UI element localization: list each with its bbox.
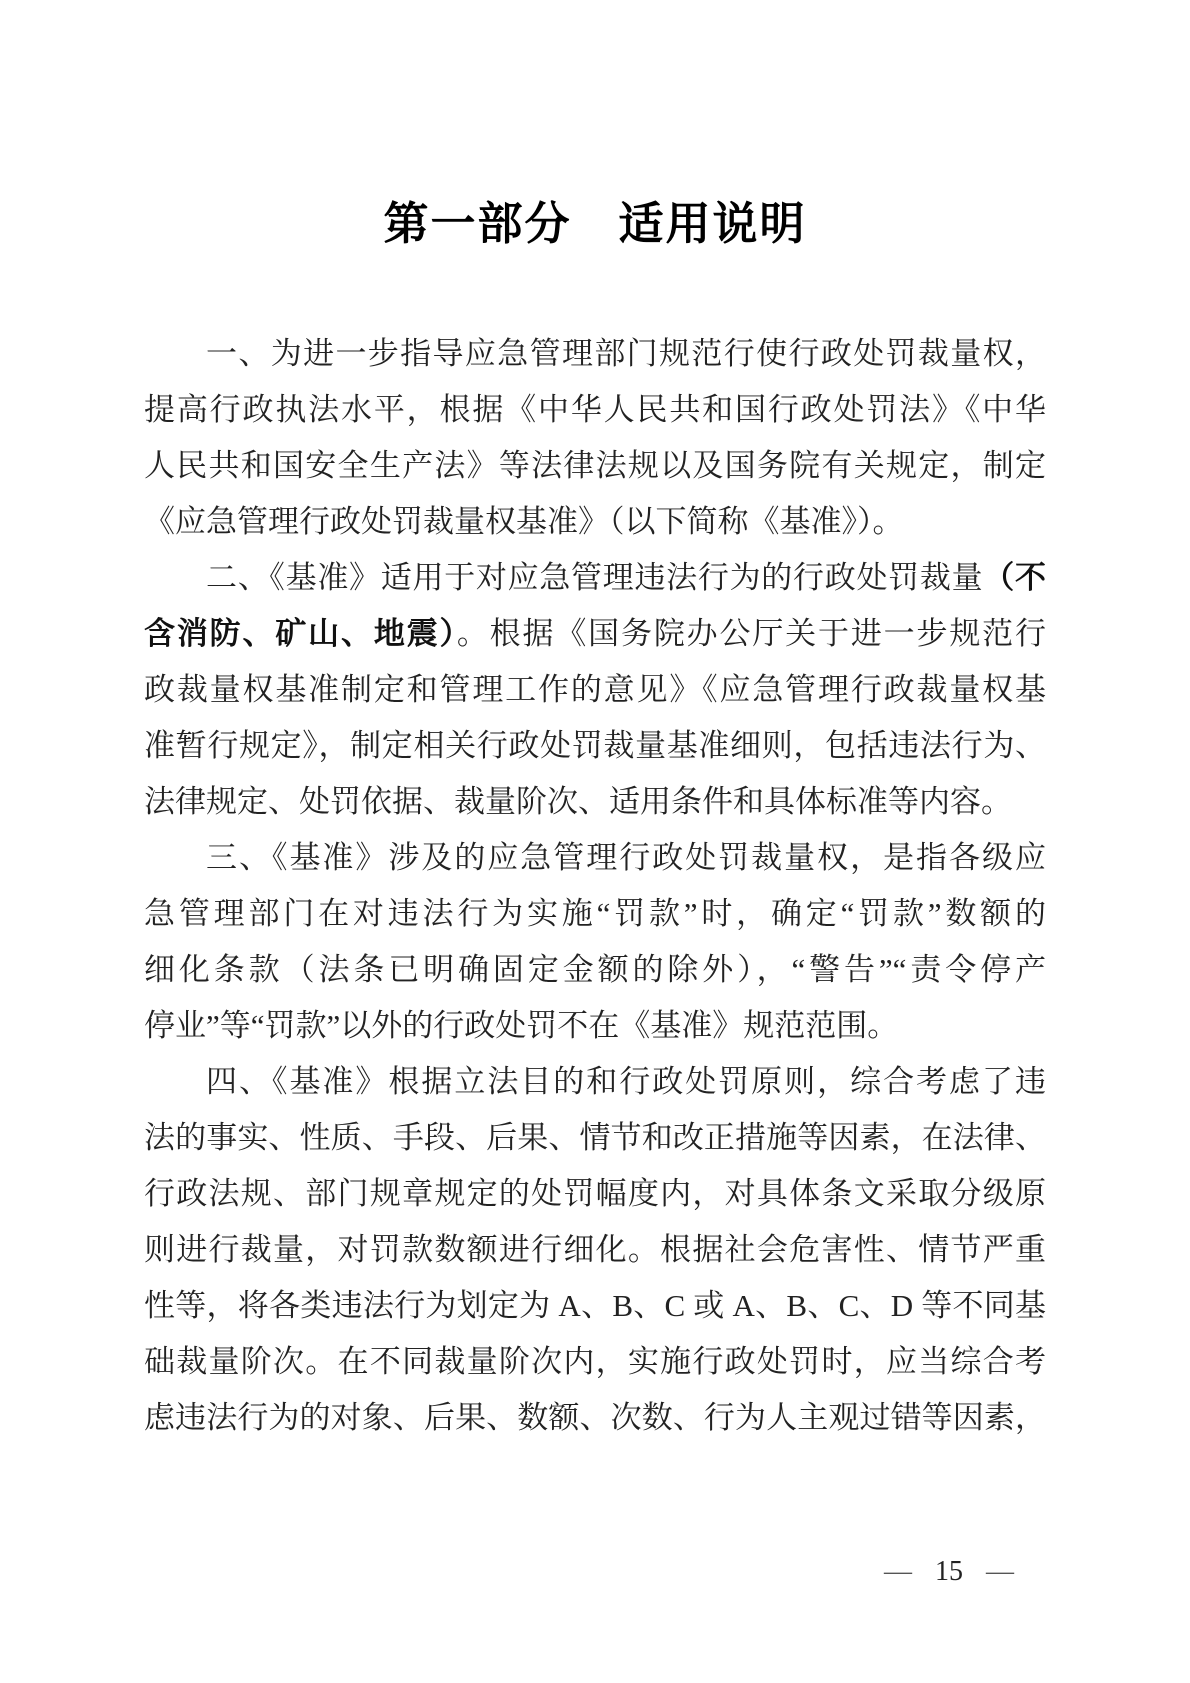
text-line: 二、《基准》适用于对应急管理违法行为的行政处罚裁量（不 <box>144 550 1046 606</box>
text-segment: 则进行裁量，对罚款数额进行细化。根据社会危害性、情节严重 <box>144 1232 1046 1267</box>
text-segment: 。根据《国务院办公厅关于进一步规范行 <box>457 616 1046 651</box>
text-line: 准暂行规定》，制定相关行政处罚裁量基准细则，包括违法行为、 <box>144 718 1046 774</box>
page-number-value: 15 <box>935 1552 963 1592</box>
text-line: 人民共和国安全生产法》等法律法规以及国务院有关规定，制定 <box>144 438 1046 494</box>
document-body: 一、为进一步指导应急管理部门规范行使行政处罚裁量权，提高行政执法水平，根据《中华… <box>144 326 1046 1446</box>
text-segment: 准暂行规定》，制定相关行政处罚裁量基准细则，包括违法行为、 <box>144 728 1046 763</box>
page-title: 第一部分 适用说明 <box>144 193 1046 255</box>
bold-text-segment: （不 <box>983 560 1046 595</box>
text-segment: 虑违法行为的对象、后果、数额、次数、行为人主观过错等因素， <box>144 1400 1046 1435</box>
text-line: 行政法规、部门规章规定的处罚幅度内，对具体条文采取分级原 <box>144 1166 1046 1222</box>
page-number-dash-left: — <box>884 1552 912 1592</box>
text-segment: 法律规定、处罚依据、裁量阶次、适用条件和具体标准等内容。 <box>144 784 1012 819</box>
text-segment: 法的事实、性质、手段、后果、情节和改正措施等因素，在法律、 <box>144 1120 1046 1155</box>
text-segment: 政裁量权基准制定和管理工作的意见》《应急管理行政裁量权基 <box>144 672 1046 707</box>
text-segment: 细化条款（法条已明确固定金额的除外），“警告”“责令停产 <box>144 952 1046 987</box>
text-segment: 二、《基准》适用于对应急管理违法行为的行政处罚裁量 <box>206 560 983 595</box>
text-line: 细化条款（法条已明确固定金额的除外），“警告”“责令停产 <box>144 942 1046 998</box>
text-line: 急管理部门在对违法行为实施“罚款”时，确定“罚款”数额的 <box>144 886 1046 942</box>
text-line: 一、为进一步指导应急管理部门规范行使行政处罚裁量权， <box>144 326 1046 382</box>
document-page: 第一部分 适用说明 一、为进一步指导应急管理部门规范行使行政处罚裁量权，提高行政… <box>0 0 1190 1683</box>
text-line: 虑违法行为的对象、后果、数额、次数、行为人主观过错等因素， <box>144 1390 1046 1446</box>
text-line: 法的事实、性质、手段、后果、情节和改正措施等因素，在法律、 <box>144 1110 1046 1166</box>
text-segment: 三、《基准》涉及的应急管理行政处罚裁量权，是指各级应 <box>206 840 1046 875</box>
text-line: 则进行裁量，对罚款数额进行细化。根据社会危害性、情节严重 <box>144 1222 1046 1278</box>
text-segment: 人民共和国安全生产法》等法律法规以及国务院有关规定，制定 <box>144 448 1046 483</box>
text-segment: 性等，将各类违法行为划定为 A、B、C 或 A、B、C、D 等不同基 <box>144 1288 1046 1323</box>
text-segment: 一、为进一步指导应急管理部门规范行使行政处罚裁量权， <box>206 336 1046 371</box>
text-segment: 《应急管理行政处罚裁量权基准》（以下简称《基准》）。 <box>144 504 904 539</box>
text-segment: 础裁量阶次。在不同裁量阶次内，实施行政处罚时，应当综合考 <box>144 1344 1046 1379</box>
text-line: 四、《基准》根据立法目的和行政处罚原则，综合考虑了违 <box>144 1054 1046 1110</box>
text-line: 停业”等“罚款”以外的行政处罚不在《基准》规范范围。 <box>144 998 1046 1054</box>
text-segment: 行政法规、部门规章规定的处罚幅度内，对具体条文采取分级原 <box>144 1176 1046 1211</box>
text-line: 提高行政执法水平，根据《中华人民共和国行政处罚法》《中华 <box>144 382 1046 438</box>
text-line: 《应急管理行政处罚裁量权基准》（以下简称《基准》）。 <box>144 494 1046 550</box>
text-line: 政裁量权基准制定和管理工作的意见》《应急管理行政裁量权基 <box>144 662 1046 718</box>
text-line: 性等，将各类违法行为划定为 A、B、C 或 A、B、C、D 等不同基 <box>144 1278 1046 1334</box>
text-line: 三、《基准》涉及的应急管理行政处罚裁量权，是指各级应 <box>144 830 1046 886</box>
page-number: — 15 — <box>884 1552 1014 1592</box>
text-line: 础裁量阶次。在不同裁量阶次内，实施行政处罚时，应当综合考 <box>144 1334 1046 1390</box>
bold-text-segment: 含消防、矿山、地震） <box>144 616 457 651</box>
text-segment: 四、《基准》根据立法目的和行政处罚原则，综合考虑了违 <box>206 1064 1046 1099</box>
text-segment: 急管理部门在对违法行为实施“罚款”时，确定“罚款”数额的 <box>144 896 1046 931</box>
text-line: 含消防、矿山、地震）。根据《国务院办公厅关于进一步规范行 <box>144 606 1046 662</box>
text-line: 法律规定、处罚依据、裁量阶次、适用条件和具体标准等内容。 <box>144 774 1046 830</box>
text-segment: 停业”等“罚款”以外的行政处罚不在《基准》规范范围。 <box>144 1008 898 1043</box>
page-number-dash-right: — <box>986 1552 1014 1592</box>
text-segment: 提高行政执法水平，根据《中华人民共和国行政处罚法》《中华 <box>144 392 1046 427</box>
